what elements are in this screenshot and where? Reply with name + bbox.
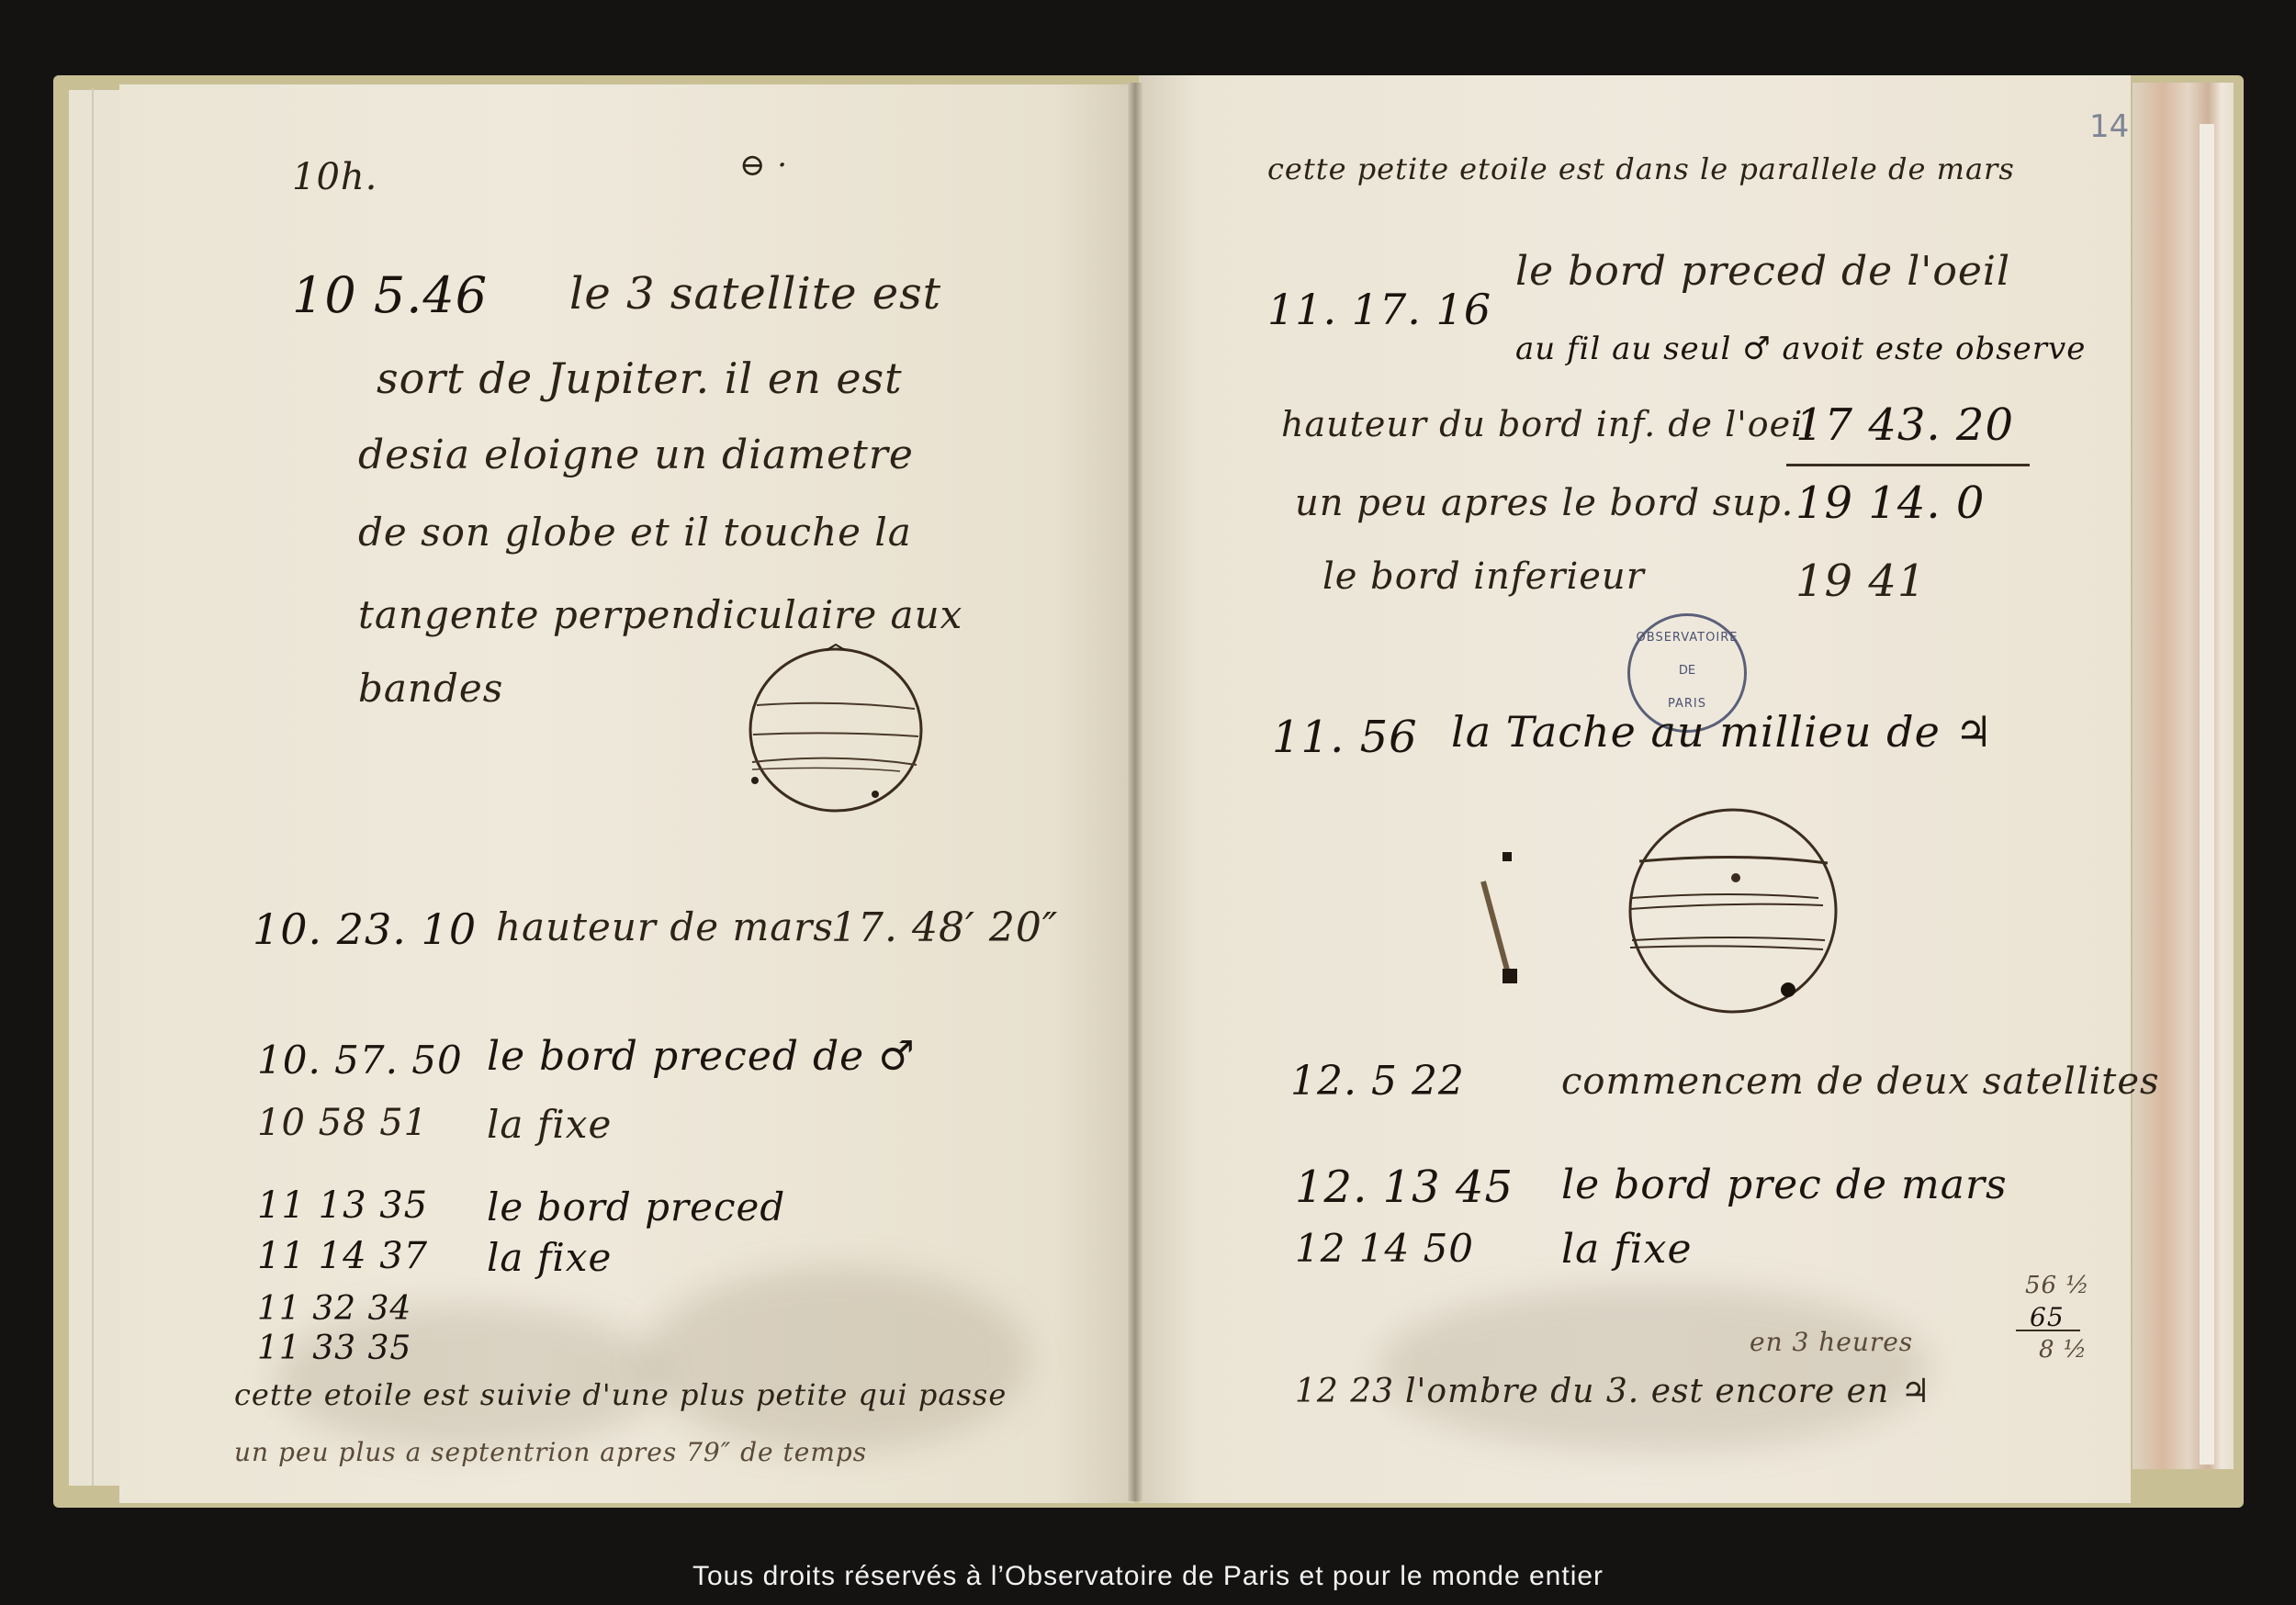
entry-time: 10. 23. 10 xyxy=(253,904,477,954)
entry-text-line: tangente perpendiculaire aux xyxy=(358,592,962,637)
micrometer-wire-sketch-icon xyxy=(1469,845,1543,992)
entry-time: 11. 56 xyxy=(1272,712,1418,763)
obs-time: 11 14 37 xyxy=(257,1235,428,1277)
entry-text-line: sort de Jupiter. il en est xyxy=(377,354,903,403)
stamp-line: OBSERVATOIRE xyxy=(1630,631,1744,645)
water-stain xyxy=(1378,1285,1929,1451)
entry-text: l'ombre du 3. est encore en ♃ xyxy=(1405,1373,1931,1410)
copyright-footer: Tous droits réservés à l’Observatoire de… xyxy=(0,1561,2296,1592)
right-page-edges xyxy=(2133,83,2234,1469)
obs-time: 10 58 51 xyxy=(257,1102,428,1144)
entry-time: 12 23 xyxy=(1295,1373,1394,1410)
stamp-line: DE xyxy=(1630,664,1744,678)
note-line: un peu plus a septentrion apres 79″ de t… xyxy=(234,1437,867,1467)
calc-a: 56 ½ xyxy=(2025,1272,2090,1299)
obs-time: 11 33 35 xyxy=(257,1330,411,1367)
entry-text-line: le bord preced de l'oeil xyxy=(1515,248,2010,295)
right-page-edge-highlight xyxy=(2200,124,2214,1465)
entry-text-line: desia eloigne un diametre xyxy=(358,432,914,478)
entry-text: la fixe xyxy=(1561,1226,1693,1273)
jupiter-sketch-icon xyxy=(744,643,937,817)
measure-label: un peu apres le bord sup. xyxy=(1295,482,1794,524)
entry-text: le bord prec de mars xyxy=(1561,1162,2008,1208)
entry-note: en 3 heures xyxy=(1750,1327,1913,1357)
water-stain xyxy=(643,1267,1029,1451)
underline-rule xyxy=(1786,464,2030,466)
entry-text: la Tache au millieu de ♃ xyxy=(1451,707,1994,757)
obs-time: 11 32 34 xyxy=(257,1290,411,1328)
measure-value: 17 43. 20 xyxy=(1795,399,2014,451)
entry-text: commencem de deux satellites xyxy=(1561,1061,2160,1103)
jupiter-symbol-icon: ⊖ · xyxy=(739,147,788,184)
obs-text: le bord preced de ♂ xyxy=(487,1033,916,1080)
entry-time: 10 5.46 xyxy=(292,266,488,324)
entry-text-line: de son globe et il touche la xyxy=(358,510,912,555)
entry-text-line: au fil au seul ♂ avoit este observe xyxy=(1515,331,2086,367)
note-line: cette etoile est suivie d'une plus petit… xyxy=(234,1377,1007,1412)
measure-label: le bord inferieur xyxy=(1322,556,1645,598)
entry-time: 12 14 50 xyxy=(1295,1226,1474,1271)
entry-text-line: bandes xyxy=(358,666,503,711)
entry-text-line: le 3 satellite est xyxy=(569,268,941,320)
entry-text: hauteur de mars xyxy=(496,904,834,949)
obs-time: 10. 57. 50 xyxy=(257,1038,463,1083)
entry-time: 12. 5 22 xyxy=(1290,1058,1465,1105)
measure-label: hauteur du bord inf. de l'oeil xyxy=(1281,404,1815,444)
obs-text: le bord preced xyxy=(487,1184,785,1229)
obs-time: 11 13 35 xyxy=(257,1184,428,1227)
obs-text: la fixe xyxy=(487,1102,612,1147)
jupiter-sketch-icon xyxy=(1621,806,1841,1017)
calc-rule xyxy=(2016,1330,2080,1331)
obs-text: la fixe xyxy=(487,1235,612,1280)
page-number: 14 xyxy=(2089,108,2129,145)
measure-value: 19 14. 0 xyxy=(1795,477,1985,529)
calc-result: 8 ½ xyxy=(2039,1336,2088,1364)
entry-value: 17. 48′ 20″ xyxy=(831,904,1058,951)
calc-b: 65 xyxy=(2030,1302,2065,1332)
entry-time: 12. 13 45 xyxy=(1295,1162,1514,1213)
left-header-time: 10h. xyxy=(292,156,377,198)
book-gutter xyxy=(1128,83,1142,1501)
measure-value: 19 41 xyxy=(1795,556,1926,607)
top-line: cette petite etoile est dans le parallel… xyxy=(1267,152,2015,186)
entry-time: 11. 17. 16 xyxy=(1267,285,1491,334)
